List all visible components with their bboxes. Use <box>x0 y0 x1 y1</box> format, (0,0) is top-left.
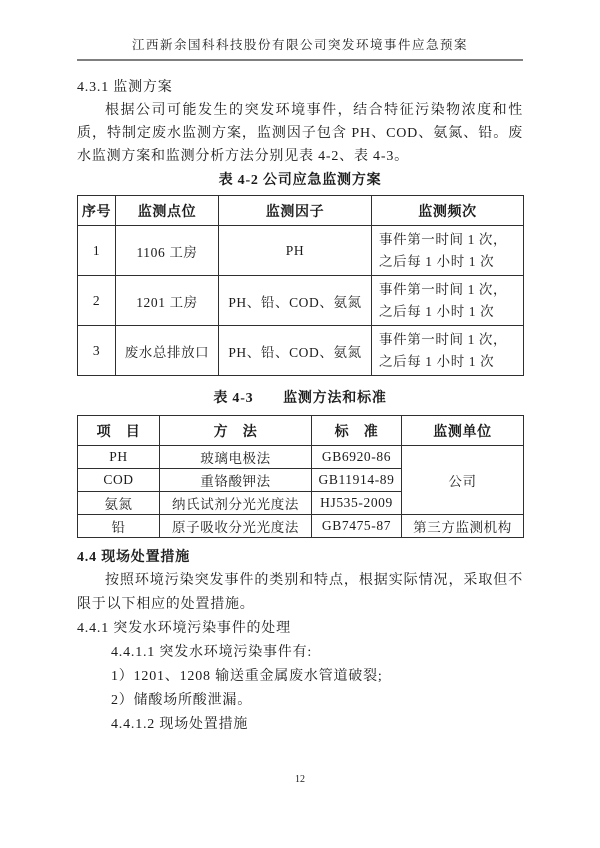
table-4-3-title: 表 4-3 监测方法和标准 <box>77 388 523 410</box>
document-page: 江西新余国科科技股份有限公司突发环境事件应急预案 4.3.1 监测方案 根据公司… <box>0 0 600 848</box>
heading-4-4-1: 4.4.1 突发水环境污染事件的处理 <box>77 617 523 641</box>
frequency-line: 事件第一时间 1 次， <box>379 229 523 251</box>
paragraph-disposal-measures: 按照环境污染突发事件的类别和特点，根据实际情况，采取但不限于以下相应的处置措施。 <box>77 569 523 617</box>
table-cell-factors: PH、铅、COD、氨氮 <box>219 276 372 326</box>
table-cell-standard: GB11914-89 <box>312 469 402 492</box>
frequency-line: 事件第一时间 1 次， <box>379 279 523 301</box>
page-header-title: 江西新余国科科技股份有限公司突发环境事件应急预案 <box>77 36 523 54</box>
page-number: 12 <box>0 774 600 785</box>
table-row: 3 废水总排放口 PH、铅、COD、氨氮 事件第一时间 1 次， 之后每 1 小… <box>78 326 524 376</box>
table-cell-method: 重铬酸钾法 <box>160 469 312 492</box>
table-cell-factors: PH、铅、COD、氨氮 <box>219 326 372 376</box>
heading-4-3-1: 4.3.1 监测方案 <box>77 76 523 99</box>
table-header-cell: 序号 <box>78 196 116 226</box>
table-header-cell: 监测频次 <box>372 196 524 226</box>
list-item-acid-leak: 2）储酸场所酸泄漏。 <box>77 689 523 713</box>
table-cell-unit: 第三方监测机构 <box>402 515 524 538</box>
table-row: 2 1201 工房 PH、铅、COD、氨氮 事件第一时间 1 次， 之后每 1 … <box>78 276 524 326</box>
table-cell-no: 3 <box>78 326 116 376</box>
table-cell-method: 纳氏试剂分光光度法 <box>160 492 312 515</box>
table-cell-point: 1201 工房 <box>116 276 219 326</box>
table-header-cell: 项 目 <box>78 416 160 446</box>
heading-4-4-1-2: 4.4.1.2 现场处置措施 <box>77 713 523 737</box>
list-item-pipeline-rupture: 1）1201、1208 输送重金属废水管道破裂; <box>77 665 523 689</box>
table-cell-point: 1106 工房 <box>116 226 219 276</box>
table-row: 1 1106 工房 PH 事件第一时间 1 次， 之后每 1 小时 1 次 <box>78 226 524 276</box>
table-cell-item: COD <box>78 469 160 492</box>
table-header-cell: 标 准 <box>312 416 402 446</box>
frequency-line: 之后每 1 小时 1 次 <box>379 251 523 273</box>
table-header-cell: 监测单位 <box>402 416 524 446</box>
table-cell-method: 原子吸收分光光度法 <box>160 515 312 538</box>
table-cell-item: 铅 <box>78 515 160 538</box>
heading-4-4-1-1: 4.4.1.1 突发水环境污染事件有: <box>77 641 523 665</box>
frequency-line: 事件第一时间 1 次， <box>379 329 523 351</box>
header-rule <box>77 59 523 61</box>
table-cell-frequency: 事件第一时间 1 次， 之后每 1 小时 1 次 <box>372 276 524 326</box>
heading-4-4: 4.4 现场处置措施 <box>77 546 523 569</box>
table-4-3-header-row: 项 目 方 法 标 准 监测单位 <box>78 416 524 446</box>
table-cell-standard: HJ535-2009 <box>312 492 402 515</box>
table-4-2: 序号 监测点位 监测因子 监测频次 1 1106 工房 PH 事件第一时间 1 … <box>77 195 524 376</box>
table-cell-no: 1 <box>78 226 116 276</box>
table-cell-frequency: 事件第一时间 1 次， 之后每 1 小时 1 次 <box>372 226 524 276</box>
paragraph-monitoring-plan: 根据公司可能发生的突发环境事件，结合特征污染物浓度和性质，特制定废水监测方案，监… <box>77 99 523 168</box>
table-cell-point: 废水总排放口 <box>116 326 219 376</box>
table-cell-method: 玻璃电极法 <box>160 446 312 469</box>
table-cell-no: 2 <box>78 276 116 326</box>
table-row: 铅 原子吸收分光光度法 GB7475-87 第三方监测机构 <box>78 515 524 538</box>
table-cell-unit-merged: 公司 <box>402 446 524 515</box>
table-header-cell: 方 法 <box>160 416 312 446</box>
table-cell-standard: GB6920-86 <box>312 446 402 469</box>
table-cell-item: 氨氮 <box>78 492 160 515</box>
table-4-3: 项 目 方 法 标 准 监测单位 PH 玻璃电极法 GB6920-86 公司 C… <box>77 415 524 538</box>
table-header-cell: 监测因子 <box>219 196 372 226</box>
frequency-line: 之后每 1 小时 1 次 <box>379 301 523 323</box>
table-4-2-header-row: 序号 监测点位 监测因子 监测频次 <box>78 196 524 226</box>
table-cell-factors: PH <box>219 226 372 276</box>
table-header-cell: 监测点位 <box>116 196 219 226</box>
table-4-2-title: 表 4-2 公司应急监测方案 <box>77 170 523 192</box>
table-cell-standard: GB7475-87 <box>312 515 402 538</box>
table-cell-item: PH <box>78 446 160 469</box>
frequency-line: 之后每 1 小时 1 次 <box>379 351 523 373</box>
table-row: PH 玻璃电极法 GB6920-86 公司 <box>78 446 524 469</box>
table-cell-frequency: 事件第一时间 1 次， 之后每 1 小时 1 次 <box>372 326 524 376</box>
